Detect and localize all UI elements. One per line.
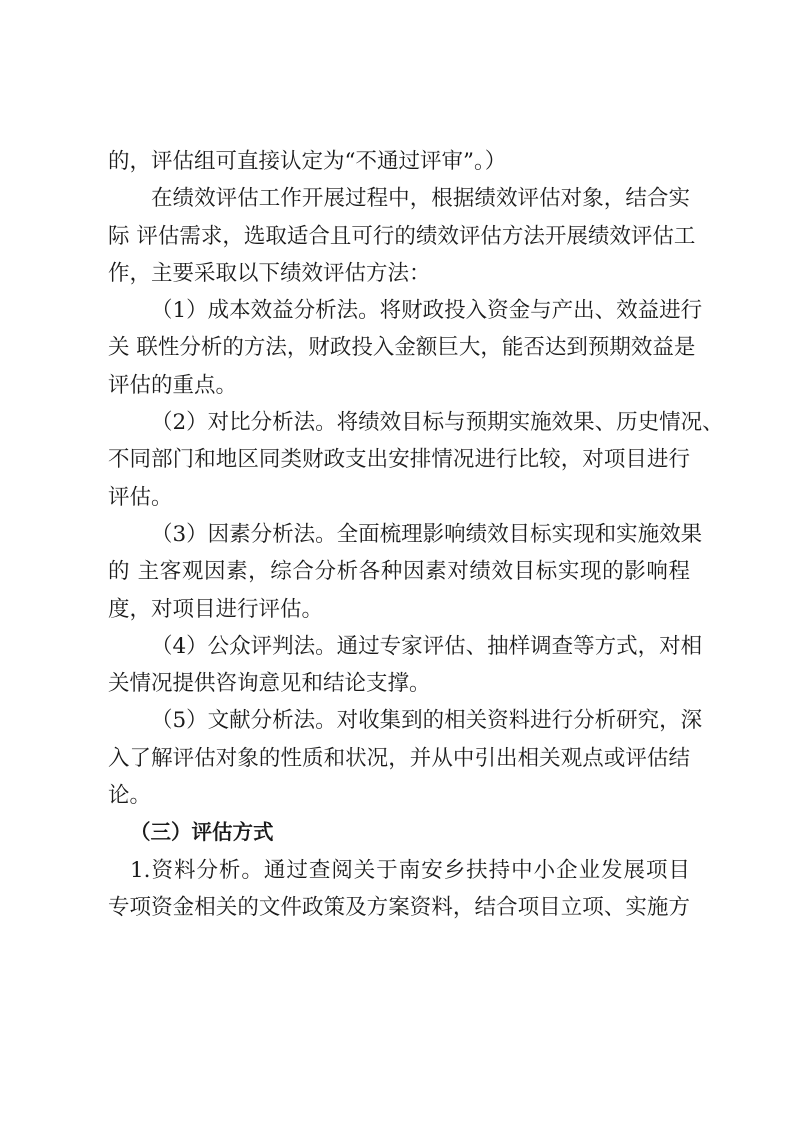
method-3-line: （3）因素分析法。全面梳理影响绩效目标实现和实施效果: [108, 516, 690, 553]
method-3-line: 的 主客观因素，综合分析各种因素对绩效目标实现的影响程: [108, 553, 690, 590]
method-1-line: 关 联性分析的方法，财政投入金额巨大，能否达到预期效益是: [108, 329, 690, 366]
paragraph-line: 作，主要采取以下绩效评估方法：: [108, 255, 690, 292]
paragraph-line: 际 评估需求，选取适合且可行的绩效评估方法开展绩效评估工: [108, 218, 690, 255]
method-2-line: 不同部门和地区同类财政支出安排情况进行比较，对项目进行: [108, 441, 690, 478]
paragraph-line: 1.资料分析。通过查阅关于南安乡扶持中小企业发展项目: [108, 852, 690, 889]
method-3-line: 度，对项目进行评估。: [108, 591, 690, 628]
paragraph-line: 的，评估组可直接认定为“不通过评审”。）: [108, 143, 690, 180]
paragraph-line: 在绩效评估工作开展过程中，根据绩效评估对象，结合实: [108, 180, 690, 217]
document-page: 的，评估组可直接认定为“不通过评审”。） 在绩效评估工作开展过程中，根据绩效评估…: [108, 143, 690, 926]
method-2-line: （2）对比分析法。将绩效目标与预期实施效果、历史情况、: [108, 404, 690, 441]
method-4-line: （4）公众评判法。通过专家评估、抽样调查等方式，对相: [108, 628, 690, 665]
method-1-line: （1）成本效益分析法。将财政投入资金与产出、效益进行: [108, 292, 690, 329]
paragraph-line: 专项资金相关的文件政策及方案资料，结合项目立项、实施方: [108, 889, 690, 926]
method-1-line: 评估的重点。: [108, 367, 690, 404]
method-5-line: 入了解评估对象的性质和状况，并从中引出相关观点或评估结: [108, 740, 690, 777]
method-2-line: 评估。: [108, 479, 690, 516]
method-5-line: （5）文献分析法。对收集到的相关资料进行分析研究，深: [108, 702, 690, 739]
method-4-line: 关情况提供咨询意见和结论支撑。: [108, 665, 690, 702]
section-heading: （三）评估方式: [108, 814, 690, 851]
method-5-line: 论。: [108, 777, 690, 814]
